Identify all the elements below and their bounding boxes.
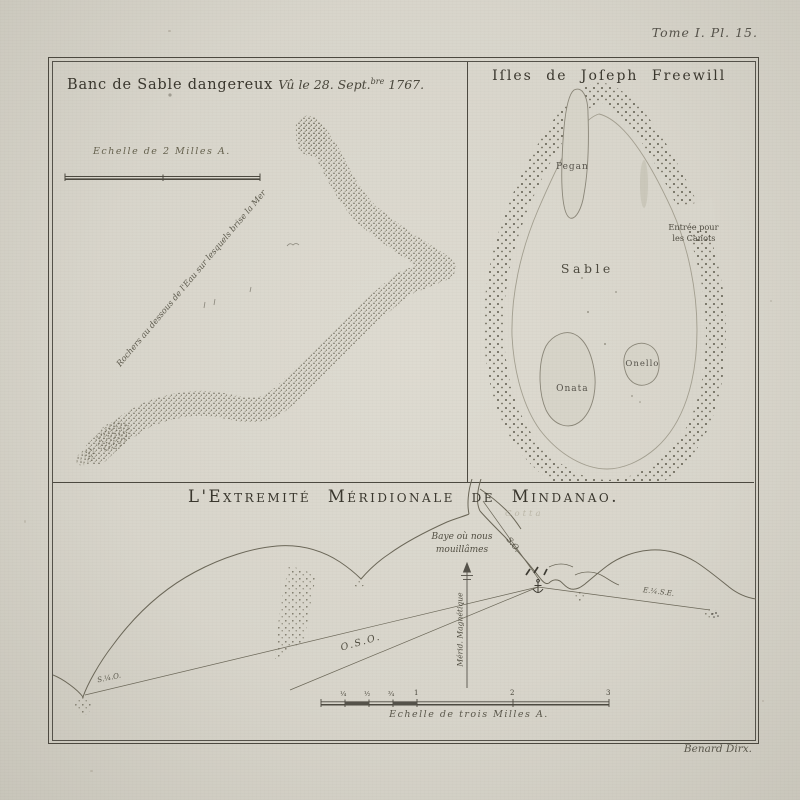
magnetic-meridian-label: Mérid. Magnétique [456, 573, 465, 687]
bay-note-line2: mouillâmes [411, 545, 513, 555]
atoll-reef-ring [494, 92, 716, 482]
label-entree-canots: Entrée pour les Canots [668, 222, 754, 244]
engraver-signature: Benard Dirx. [648, 743, 752, 755]
mindanao-coast-drawing [53, 479, 756, 738]
paper-speck [168, 30, 171, 32]
engraved-map-sheet: { "plate": { "number_label": "Tome I. Pl… [0, 0, 800, 800]
scale-bar-banc [65, 174, 260, 182]
mindanao-scale-label: Echelle de trois Milles A. [363, 709, 575, 720]
label-sable: Sable [552, 261, 622, 276]
label-onata: Onata [540, 384, 604, 394]
panel-isles-title: Iſles de Joſeph Freewill [464, 68, 754, 84]
panel-banc-title: Banc de Sable dangereux Vû le 28. Sept.b… [67, 74, 424, 93]
scale-tick-half: ½ [364, 690, 370, 698]
panel-banc-title-roman: Banc de Sable dangereux [67, 77, 273, 93]
scale-tick-threequarter: ¾ [388, 690, 394, 698]
plate-number: Tome I. Pl. 15. [652, 25, 758, 40]
anchor-icon [533, 580, 543, 593]
panel-mindanao: L'Extremité Méridionale de Mindanao. Cot… [53, 479, 754, 739]
scale-bar-mindanao [321, 699, 609, 707]
bay-note-line1: Baye où nous [406, 532, 518, 542]
sandbank-stipple-band [73, 120, 443, 469]
paper-speck [24, 520, 26, 523]
panel-mindanao-title: L'Extremité Méridionale de Mindanao. [53, 487, 754, 506]
banc-scale-label: Echelle de 2 Milles A. [93, 146, 231, 157]
scale-tick-1: 1 [414, 689, 418, 697]
bearing-lines [85, 501, 710, 695]
panel-banc-title-date: Vû le 28. Sept.bre 1767. [278, 77, 424, 92]
paper-speck [168, 93, 171, 96]
label-pegan: Pegan [542, 162, 602, 172]
label-entree-line2: les Canots [668, 233, 754, 244]
cotta-faint-stamp: Cotta [505, 509, 544, 519]
panel-isles-freewill: Iſles de Joſeph Freewill Pegan Sable Ent… [464, 62, 754, 483]
label-onello: Onello [612, 359, 672, 369]
scale-tick-3: 3 [606, 689, 610, 697]
shoal-stipple-patches [75, 565, 717, 715]
label-entree-line1: Entrée pour [668, 222, 754, 233]
paper-speck [770, 300, 772, 302]
scale-tick-2: 2 [510, 689, 514, 697]
anchorage-marks [526, 567, 547, 593]
shoal-patch [640, 160, 648, 208]
panel-banc-de-sable: Banc de Sable dangereux Vû le 28. Sept.b… [53, 62, 468, 483]
island-onata [540, 333, 595, 426]
sandbank-map-drawing [53, 62, 467, 482]
paper-speck [90, 770, 93, 772]
scale-tick-quarter: ¼ [340, 690, 346, 698]
plate-frame: Banc de Sable dangereux Vû le 28. Sept.b… [48, 57, 759, 744]
paper-speck [762, 700, 764, 702]
